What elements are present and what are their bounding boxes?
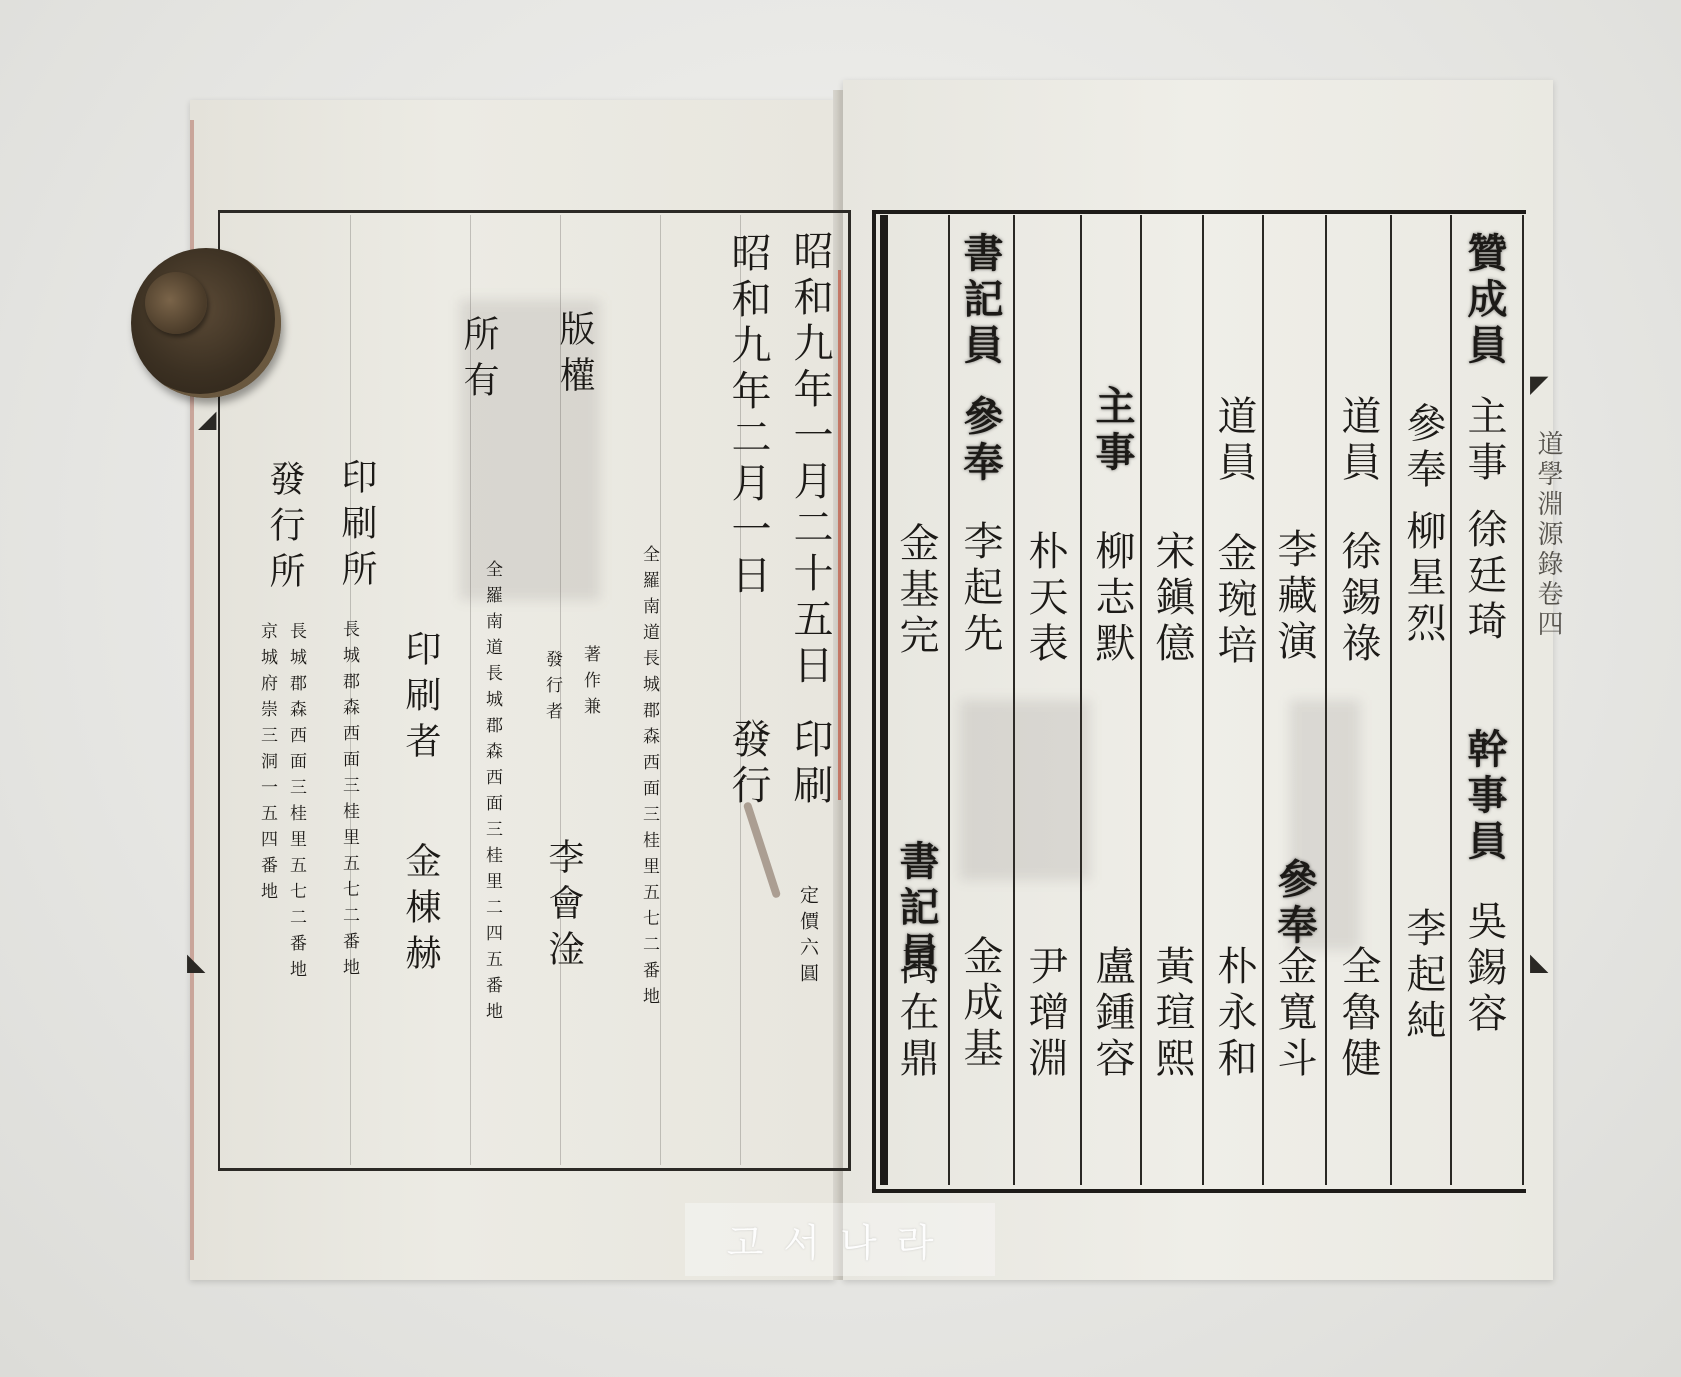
printing-office-label: 印刷所 [338, 458, 374, 596]
column-rule [1522, 215, 1524, 1185]
roster-role-top: 書記員 [960, 232, 1000, 370]
roster-name: 宋鎭億 [1152, 530, 1192, 668]
roster-name-lower: 尹璔淵 [1025, 945, 1065, 1083]
issuing-office-address-2: 京城府崇三洞一五四番地 [258, 622, 275, 908]
printer-role: 印刷者 [402, 630, 438, 768]
issue-date-label: 發行 [728, 718, 768, 810]
roster-name-lower: 金成基 [960, 935, 1000, 1073]
roster-name-lower: 朴永和 [1214, 945, 1254, 1083]
roster-title: 道員 [1214, 395, 1254, 487]
author-address: 全羅南道長城郡森西面三桂里五七二番地 [640, 545, 657, 1013]
column-rule [1262, 215, 1264, 1185]
roster-role-top: 贊成員 [1464, 232, 1504, 370]
roster-name: 朴天表 [1025, 530, 1065, 668]
column-rule [1450, 215, 1452, 1185]
roster-role-lower: 幹事員 [1464, 728, 1504, 866]
author-name: 李會淦 [545, 838, 581, 976]
fishtail-ornament-icon: ◢ [198, 405, 216, 433]
copyright-line1: 版權 [556, 310, 592, 402]
roster-title: 道員 [1338, 395, 1378, 487]
column-rule [1202, 215, 1204, 1185]
roster-name-lower: 黃瑄熙 [1152, 945, 1192, 1083]
roster-name-lower: 吳錫容 [1464, 900, 1504, 1038]
column-rule [1390, 215, 1392, 1185]
roster-name-lower: 全魯健 [1338, 945, 1378, 1083]
issue-date: 昭和九年二月一日 [728, 232, 768, 600]
price: 定價六圓 [798, 885, 817, 989]
roster-name: 柳星烈 [1403, 510, 1443, 648]
author-role-top: 著作兼 [581, 645, 598, 723]
column-rule [948, 215, 950, 1185]
roster-name: 徐錫祿 [1338, 530, 1378, 668]
roster-name: 金琬培 [1214, 532, 1254, 670]
roster-name-lower: 禹在鼎 [896, 945, 936, 1083]
roster-title: 主事 [1464, 395, 1504, 487]
column-rule [660, 215, 661, 1165]
roster-name-lower: 金寬斗 [1274, 945, 1314, 1083]
watermark-label: 고서나라 [685, 1203, 995, 1276]
fishtail-ornament-icon: ◣ [1530, 948, 1548, 976]
print-date: 昭和九年一月二十五日 [790, 230, 830, 690]
roster-name-lower: 盧鍾容 [1092, 945, 1132, 1083]
thick-border-rule [880, 215, 888, 1185]
printer-name: 金棟赫 [402, 842, 438, 980]
roster-name: 徐廷琦 [1464, 508, 1504, 646]
roster-title: 參奉 [960, 395, 1000, 487]
roster-name: 李藏演 [1274, 528, 1314, 666]
roster-name-lower: 李起純 [1403, 907, 1443, 1045]
fishtail-ornament-icon: ◣ [187, 948, 205, 976]
roster-title: 參奉 [1403, 402, 1443, 494]
book-side-title: 道學淵源錄卷四 [1535, 430, 1561, 640]
roster-name: 金基完 [896, 522, 936, 660]
printing-office-address: 長城郡森西面三桂里五七二番地 [340, 620, 357, 984]
roster-title: 主事 [1092, 385, 1132, 477]
roster-name: 柳志默 [1092, 530, 1132, 668]
print-date-label: 印刷 [790, 718, 830, 810]
roster-name: 李起先 [960, 520, 1000, 658]
fishtail-ornament-icon: ◤ [1530, 370, 1548, 398]
brass-paperweight [131, 248, 281, 398]
paperweight-knob [145, 272, 207, 334]
column-rule [1140, 215, 1142, 1185]
issuing-office-label: 發行所 [266, 460, 302, 598]
issuing-office-address-1: 長城郡森西面三桂里五七二番地 [287, 622, 304, 986]
roster-role-lower: 參奉 [1274, 858, 1314, 950]
printer-address: 全羅南道長城郡森西面三桂里二四五番地 [483, 560, 500, 1028]
copyright-line2: 所有 [460, 315, 496, 407]
author-role-bottom: 發行者 [543, 650, 560, 728]
paper-shading [960, 700, 1090, 880]
